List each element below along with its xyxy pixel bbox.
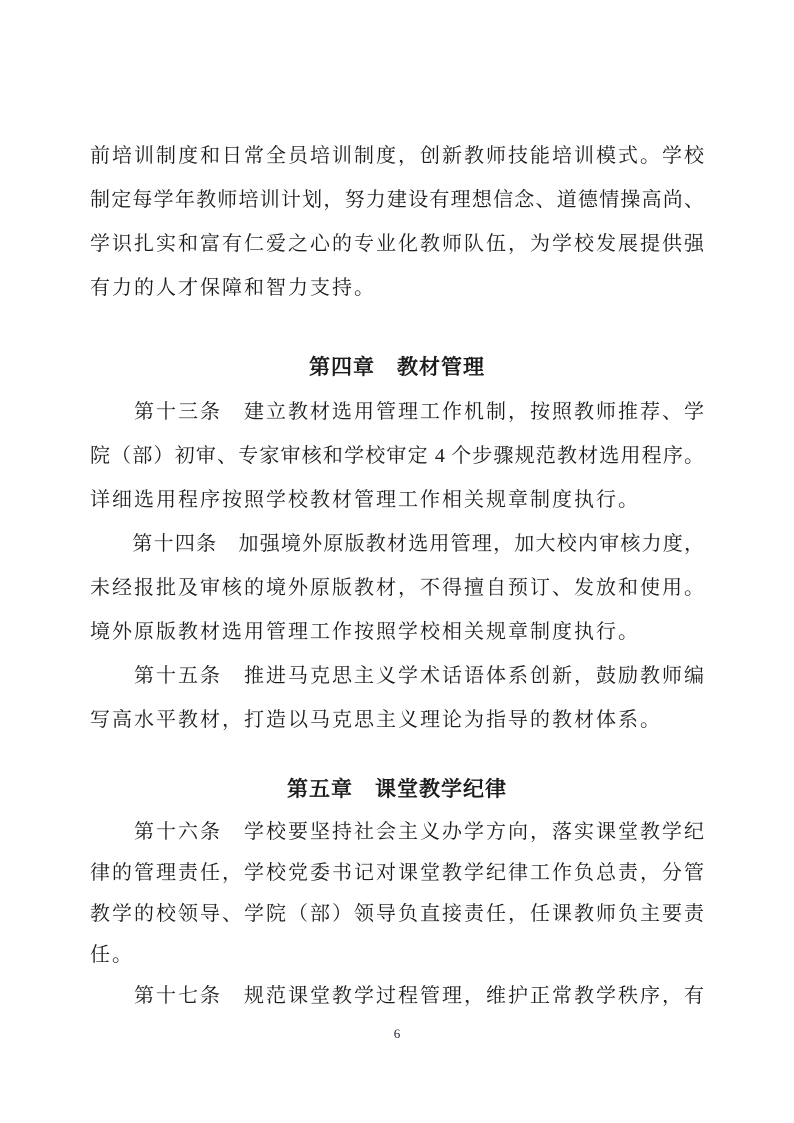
text-line: 任。 [90,935,704,976]
page-footer: 6 [0,1026,794,1042]
text-line: 第十七条 规范课堂教学过程管理，维护正常教学秩序，有 [90,976,704,1017]
paragraph: 第十五条 推进马克思主义学术话语体系创新，鼓励教师编写高水平教材，打造以马克思主… [90,654,704,742]
text-line: 学识扎实和富有仁爱之心的专业化教师队伍，为学校发展提供强 [90,222,704,266]
text-line: 律的管理责任，学校党委书记对课堂教学纪律工作负总责，分管 [90,853,704,894]
paragraph: 第十六条 学校要坚持社会主义办学方向，落实课堂教学纪律的管理责任，学校党委书记对… [90,812,704,976]
text-line: 前培训制度和日常全员培训制度，创新教师技能培训模式。学校 [90,134,704,178]
chapter-title: 第四章 教材管理 [90,346,704,390]
chapter-heading: 第五章 课堂教学纪律 [90,768,704,812]
text-line: 详细选用程序按照学校教材管理工作相关规章制度执行。 [90,478,704,522]
text-line: 第十六条 学校要坚持社会主义办学方向，落实课堂教学纪 [90,812,704,853]
text-line: 第十四条 加强境外原版教材选用管理，加大校内审核力度， [90,522,704,566]
text-line: 制定每学年教师培训计划，努力建设有理想信念、道德情操高尚、 [90,178,704,222]
paragraph: 前培训制度和日常全员培训制度，创新教师技能培训模式。学校制定每学年教师培训计划，… [90,134,704,310]
document-body: 前培训制度和日常全员培训制度，创新教师技能培训模式。学校制定每学年教师培训计划，… [90,134,704,1017]
chapter-title: 第五章 课堂教学纪律 [90,768,704,812]
text-line: 境外原版教材选用管理工作按照学校相关规章制度执行。 [90,610,704,654]
text-line: 院（部）初审、专家审核和学校审定 4 个步骤规范教材选用程序。 [90,434,704,478]
document-page: 前培训制度和日常全员培训制度，创新教师技能培训模式。学校制定每学年教师培训计划，… [0,0,794,1123]
text-line: 未经报批及审核的境外原版教材，不得擅自预订、发放和使用。 [90,566,704,610]
paragraph: 第十七条 规范课堂教学过程管理，维护正常教学秩序，有 [90,976,704,1017]
text-line: 有力的人才保障和智力支持。 [90,266,704,310]
text-line: 写高水平教材，打造以马克思主义理论为指导的教材体系。 [90,698,704,742]
paragraph: 第十四条 加强境外原版教材选用管理，加大校内审核力度，未经报批及审核的境外原版教… [90,522,704,654]
chapter-heading: 第四章 教材管理 [90,346,704,390]
paragraph: 第十三条 建立教材选用管理工作机制，按照教师推荐、学院（部）初审、专家审核和学校… [90,390,704,522]
text-line: 教学的校领导、学院（部）领导负直接责任，任课教师负主要责 [90,894,704,935]
text-line: 第十三条 建立教材选用管理工作机制，按照教师推荐、学 [90,390,704,434]
page-number: 6 [394,1026,401,1041]
text-line: 第十五条 推进马克思主义学术话语体系创新，鼓励教师编 [90,654,704,698]
